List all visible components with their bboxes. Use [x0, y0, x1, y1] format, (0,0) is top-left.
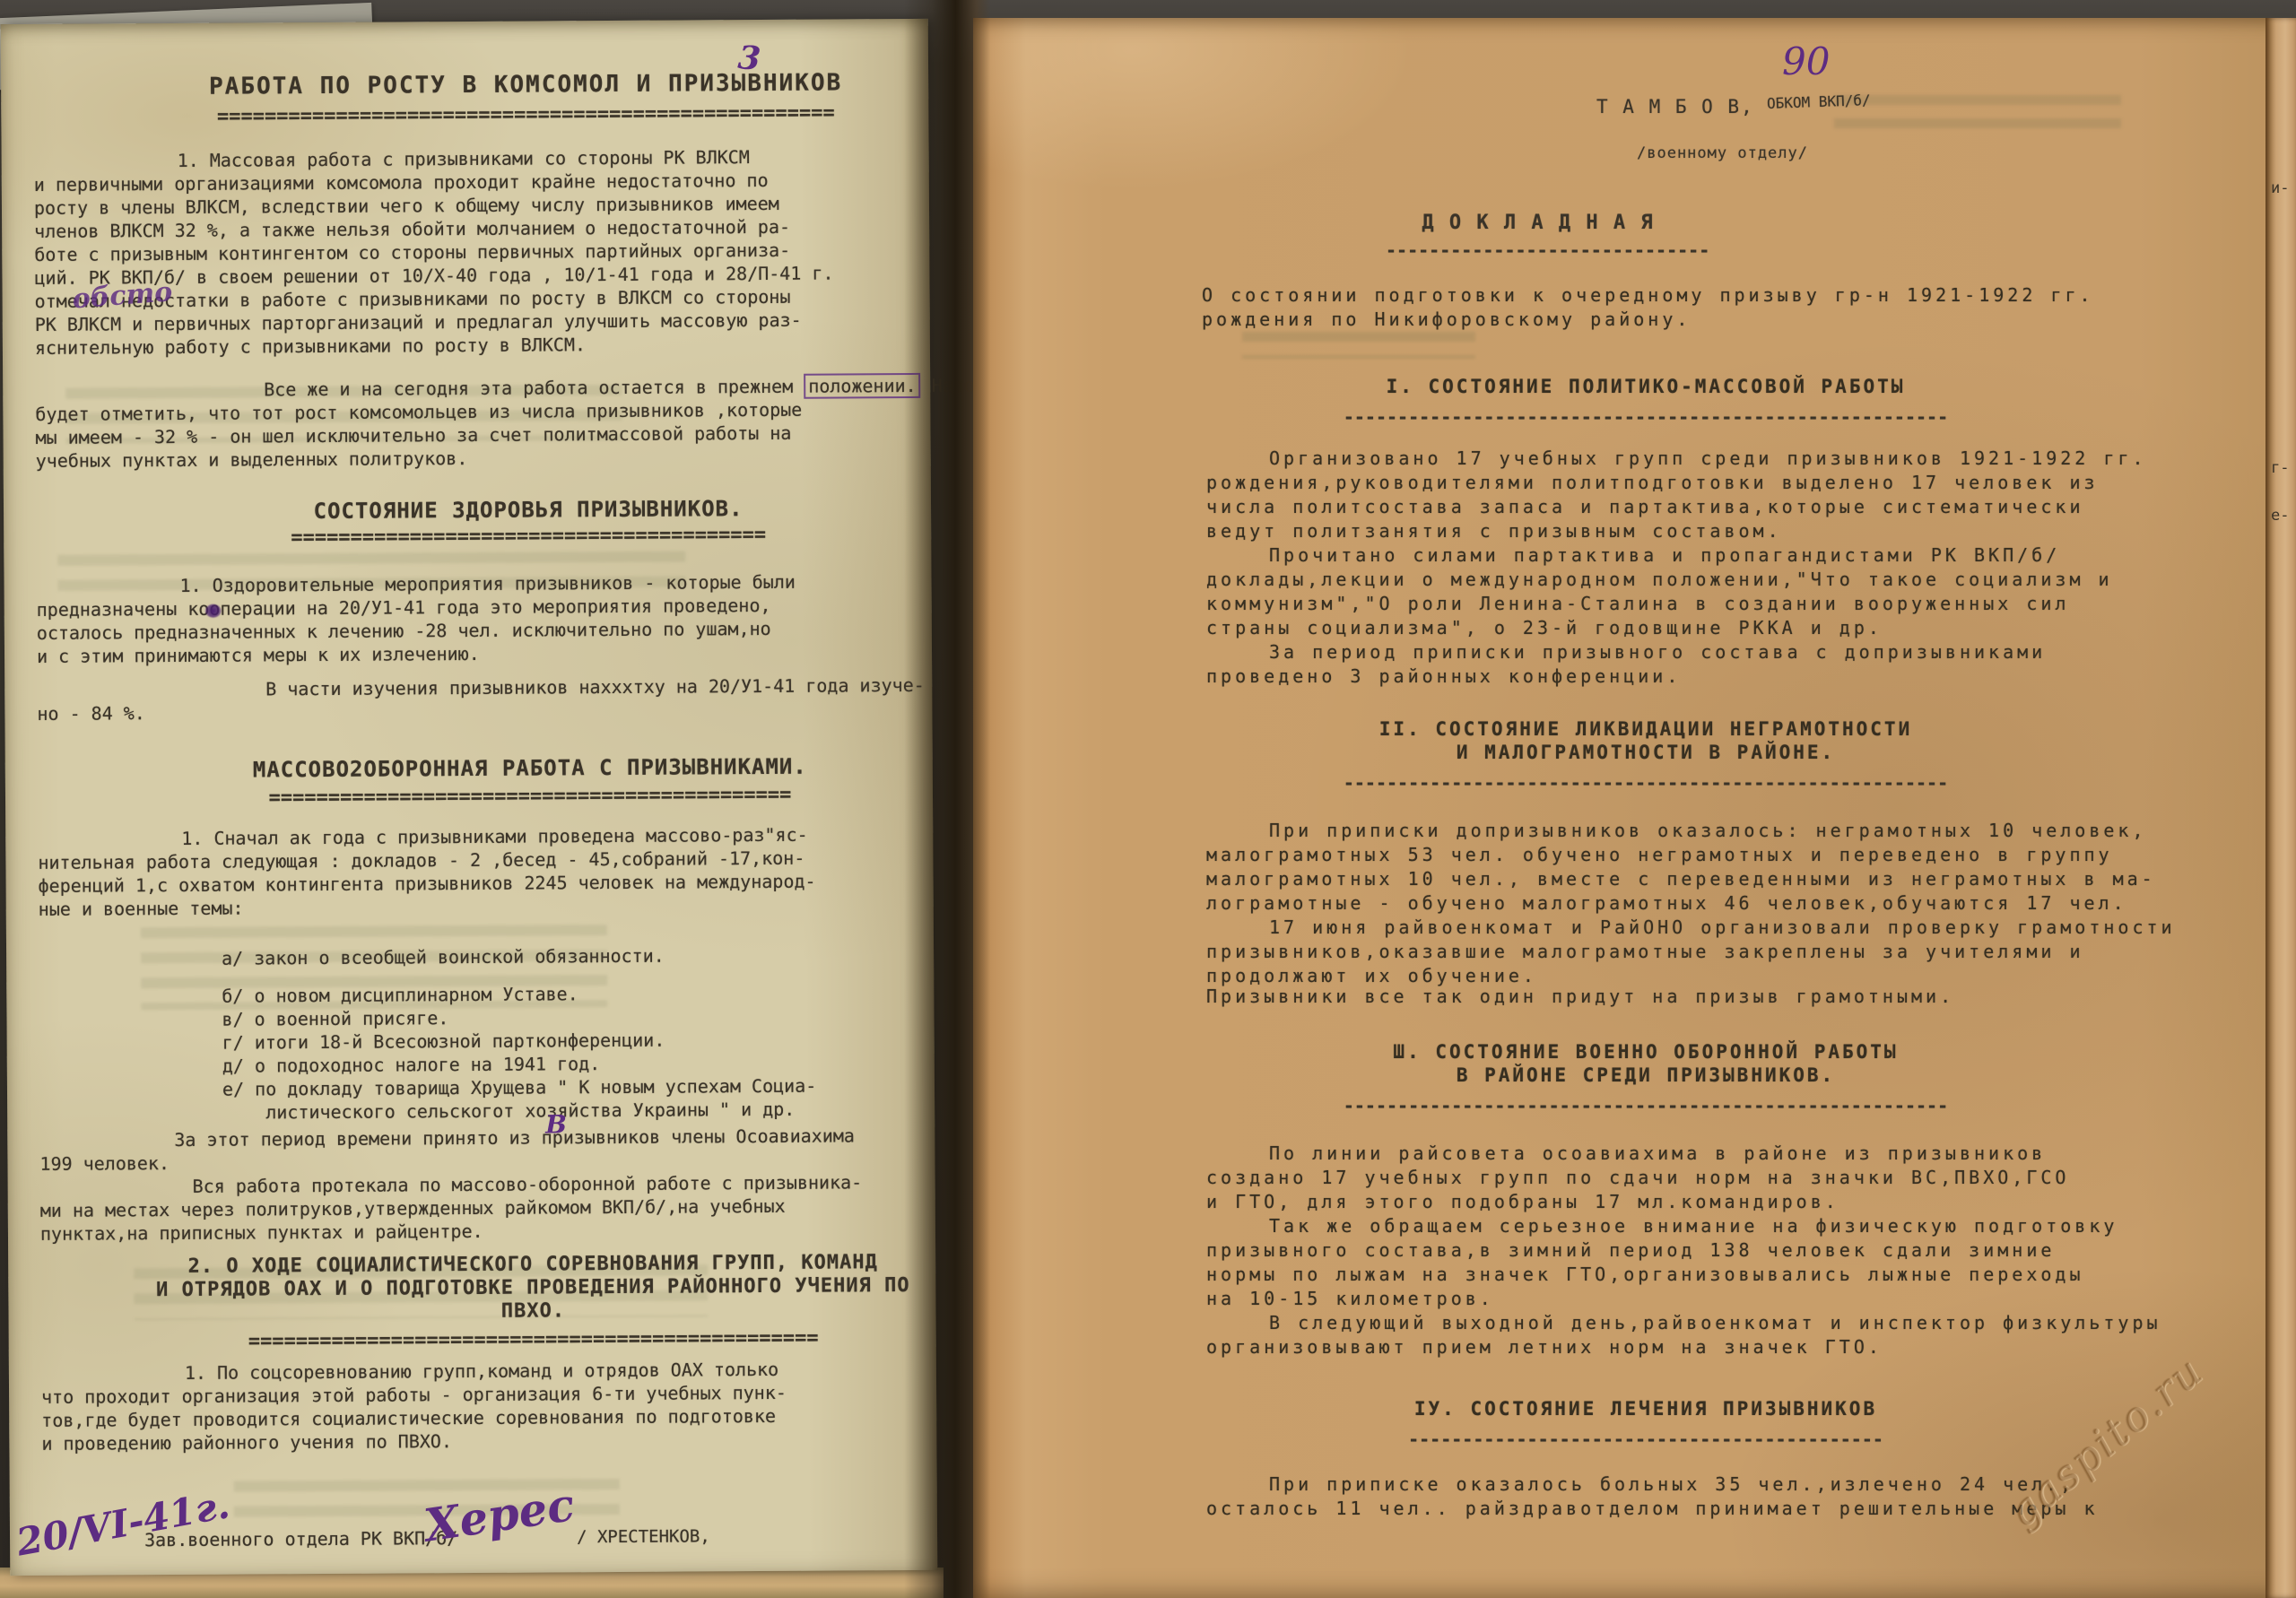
- ink-boxed-word: положении.: [804, 373, 921, 399]
- paragraph-literacy-result: Призывники все так один придут на призыв…: [1206, 985, 2256, 1009]
- paragraph-literacy-check: 17 июня райвоенкомат и РайОНО организова…: [1206, 916, 2256, 988]
- signature-name: / ХРЕСТЕНКОВ,: [577, 1524, 710, 1549]
- paragraph-growth-today: Все же и на сегодня эта работа остается …: [35, 374, 924, 473]
- list-items-b-to-e: б/ о новом дисциплинарном Уставе. в/ о в…: [222, 981, 816, 1125]
- paragraph-study-percent: В части изучения призывников нахххтху на…: [37, 673, 925, 725]
- paragraph-health-measures: 1. Оздоровительные мероприятия призывник…: [36, 569, 925, 668]
- addressee-city: Т А М Б О В,: [1596, 96, 1754, 117]
- addressee-obkom: ОБКОМ ВКП/б/: [1766, 89, 1870, 116]
- heading-underline: ========================================…: [36, 1328, 924, 1353]
- bleed-through: [1242, 332, 1475, 359]
- right-page: 90 Т А М Б О В, ОБКОМ ВКП/б/ /военному о…: [973, 18, 2296, 1598]
- paragraph-illiteracy-stats: При приписки допризывников оказалось: не…: [1206, 819, 2256, 916]
- section-heading-soc-competition: 2. О ХОДЕ СОЦИАЛИСТИЧЕСКОГО СОРЕВНОВАНИЯ…: [35, 1251, 923, 1326]
- paragraph-lectures: Прочитано силами партактива и пропаганди…: [1206, 543, 2256, 640]
- archival-document-scan: 3 РАБОТА ПО РОСТУ В КОМСОМОЛ И ПРИЗЫВНИК…: [0, 0, 2296, 1598]
- underlying-page-edge-right: и- г- е-: [2266, 18, 2296, 1598]
- heading-underline: ----------------------------------------…: [1206, 771, 2085, 795]
- ink-blot: [205, 604, 222, 618]
- addressee-department: /военному отделу/: [1637, 142, 1808, 165]
- list-item-a: а/ закон о всеобщей воинской обязанности…: [222, 944, 665, 970]
- paragraph-osoaviakhim: За этот период времени принято из призыв…: [39, 1124, 927, 1176]
- page-title: РАБОТА ПО РОСТУ В КОМСОМОЛ И ПРИЗЫВНИКОВ: [28, 71, 916, 100]
- handwritten-page-number: 90: [1782, 39, 1830, 83]
- paragraph-mass-work-stats: 1. Сначал ак года с призывниками проведе…: [38, 822, 926, 921]
- heading-underline: ----------------------------------------…: [1206, 1428, 2085, 1451]
- addressee-header: Т А М Б О В, ОБКОМ ВКП/б/: [1596, 95, 1870, 120]
- title-underline: ========================================…: [28, 103, 916, 128]
- paragraph-study-groups: Организовано 17 учебных групп среди приз…: [1206, 447, 2256, 543]
- heading-underline: ========================================: [30, 525, 918, 550]
- section-heading-health: СОСТОЯНИЕ ЗДОРОВЬЯ ПРИЗЫВНИКОВ.: [30, 496, 918, 525]
- heading-underline: ----------------------------------------…: [1206, 405, 2085, 429]
- title-underline: ------------------------------: [1386, 239, 1691, 262]
- handwritten-insert-letter: В: [545, 1109, 567, 1139]
- heading-underline: ----------------------------------------…: [1206, 1094, 2085, 1117]
- paragraph-komsomol-growth: 1. Массовая работа с призывниками со сто…: [34, 144, 923, 360]
- section-heading-defense-work: МАССОВО2ОБОРОННАЯ РАБОТА С ПРИЗЫВНИКАМИ.: [32, 754, 920, 783]
- document-subject: О состоянии подготовки к очередному приз…: [1202, 283, 2242, 332]
- paragraph-gto-norms: В следующий выходной день,райвоенкомат и…: [1206, 1311, 2256, 1359]
- edge-text-fragment: е-: [2271, 507, 2289, 525]
- section-heading-3: Ш. СОСТОЯНИЕ ВОЕННО ОБОРОННОЙ РАБОТЫ В Р…: [1206, 1040, 2085, 1087]
- paragraph-osoaviakhim-groups: По линии райсовета осоавиахима в районе …: [1206, 1142, 2256, 1214]
- left-page: 3 РАБОТА ПО РОСТУ В КОМСОМОЛ И ПРИЗЫВНИК…: [1, 19, 938, 1576]
- handwritten-signature: Херес: [421, 1478, 578, 1552]
- handwritten-date: 20/VI-41г.: [13, 1482, 232, 1564]
- document-type-title: Д О К Л А Д Н А Я: [1404, 212, 1673, 235]
- paragraph-work-through-politruks: Вся работа протекала по массово-оборонно…: [40, 1170, 928, 1246]
- paragraph-conferences: За период приписки призывного состава с …: [1206, 640, 2256, 689]
- text-run: Все же и на сегодня эта работа остается …: [264, 376, 804, 401]
- edge-text-fragment: г-: [2271, 459, 2289, 477]
- bleed-through: [1834, 95, 2121, 131]
- paragraph-medical-treatment: При приписке оказалось больных 35 чел.,и…: [1206, 1472, 2256, 1521]
- paragraph-soc-competition: 1. По соцсоревнованию групп,команд и отр…: [41, 1357, 930, 1455]
- section-heading-4: IУ. СОСТОЯНИЕ ЛЕЧЕНИЯ ПРИЗЫВНИКОВ: [1206, 1397, 2085, 1420]
- section-heading-1: I. СОСТОЯНИЕ ПОЛИТИКО-МАССОВОЙ РАБОТЫ: [1206, 375, 2085, 398]
- edge-text-fragment: и-: [2271, 179, 2289, 197]
- signature-label: Зав.военного отдела РК ВКП/б/: [144, 1526, 457, 1551]
- heading-underline: ========================================…: [32, 785, 920, 810]
- paragraph-physical-training: Так же обращаем серьезное внимание на фи…: [1206, 1214, 2256, 1311]
- section-heading-2: II. СОСТОЯНИЕ ЛИКВИДАЦИИ НЕГРАМОТНОСТИ И…: [1206, 717, 2085, 764]
